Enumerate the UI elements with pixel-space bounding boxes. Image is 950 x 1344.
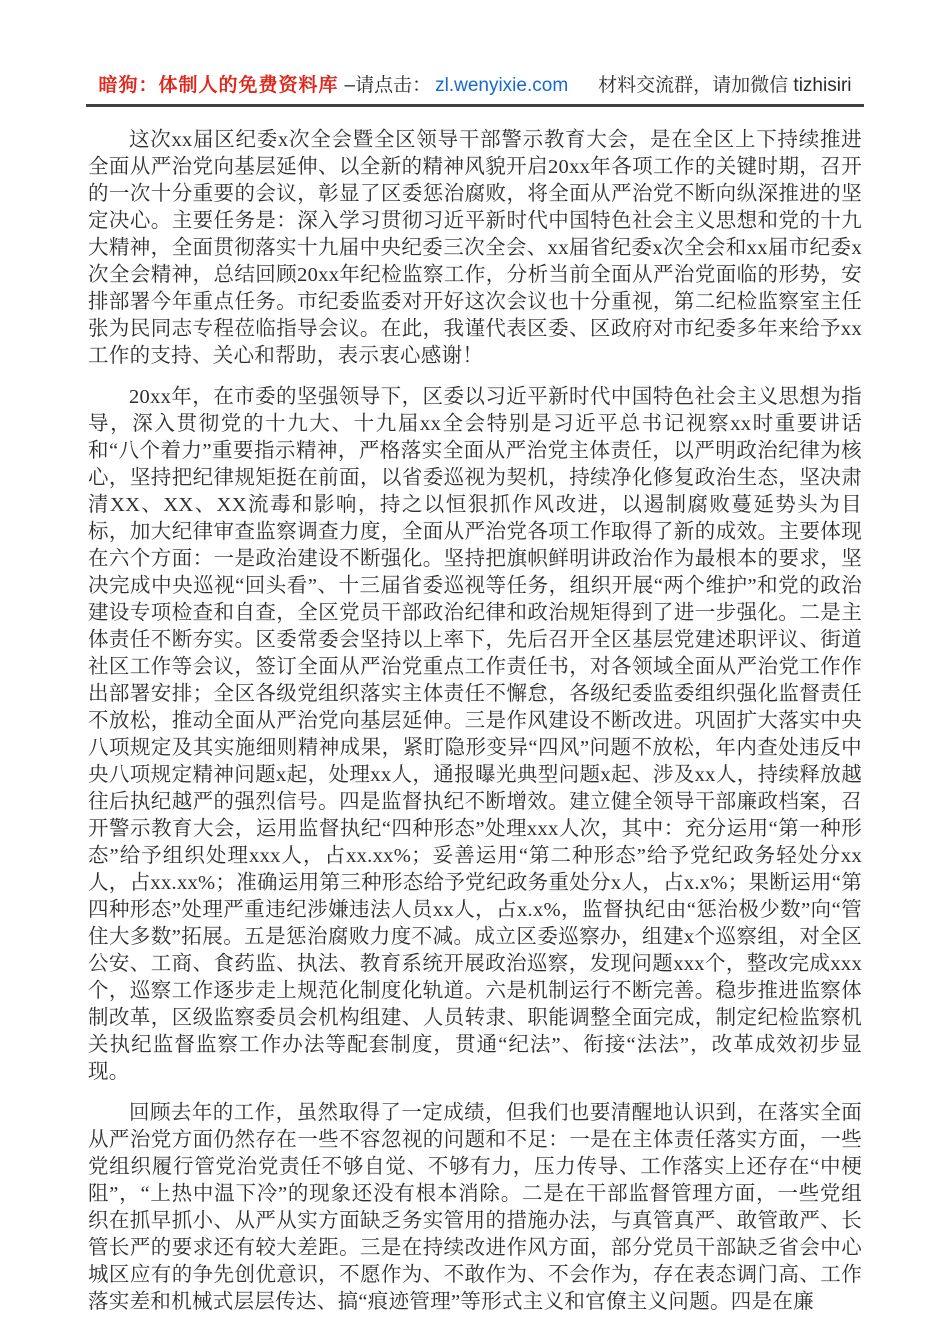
promo-header: 暗狗：体制人的免费资料库 –请点击： zl.wenyixie.com 材料交流群… (86, 70, 864, 107)
click-prompt-text: –请点击： (345, 70, 432, 97)
document-body: 这次xx届区纪委x次全会暨全区领导干部警示教育大会，是在全区上下持续推进全面从严… (88, 127, 862, 1316)
promo-brand-text: 暗狗：体制人的免费资料库 (99, 70, 339, 97)
paragraph-problems: 回顾去年的工作，虽然取得了一定成绩，但我们也要清醒地认识到，在落实全面从严治党方… (88, 1100, 862, 1316)
wechat-group-note: 材料交流群，请加微信 tizhisiri (598, 70, 851, 97)
paragraph-meeting-intro: 这次xx届区纪委x次全会暨全区领导干部警示教育大会，是在全区上下持续推进全面从严… (88, 127, 862, 370)
site-link[interactable]: zl.wenyixie.com (435, 75, 568, 97)
document-page: 暗狗：体制人的免费资料库 –请点击： zl.wenyixie.com 材料交流群… (0, 0, 950, 1344)
paragraph-yearly-review: 20xx年，在市委的坚强领导下，区委以习近平新时代中国特色社会主义思想为指导，深… (88, 384, 862, 1086)
